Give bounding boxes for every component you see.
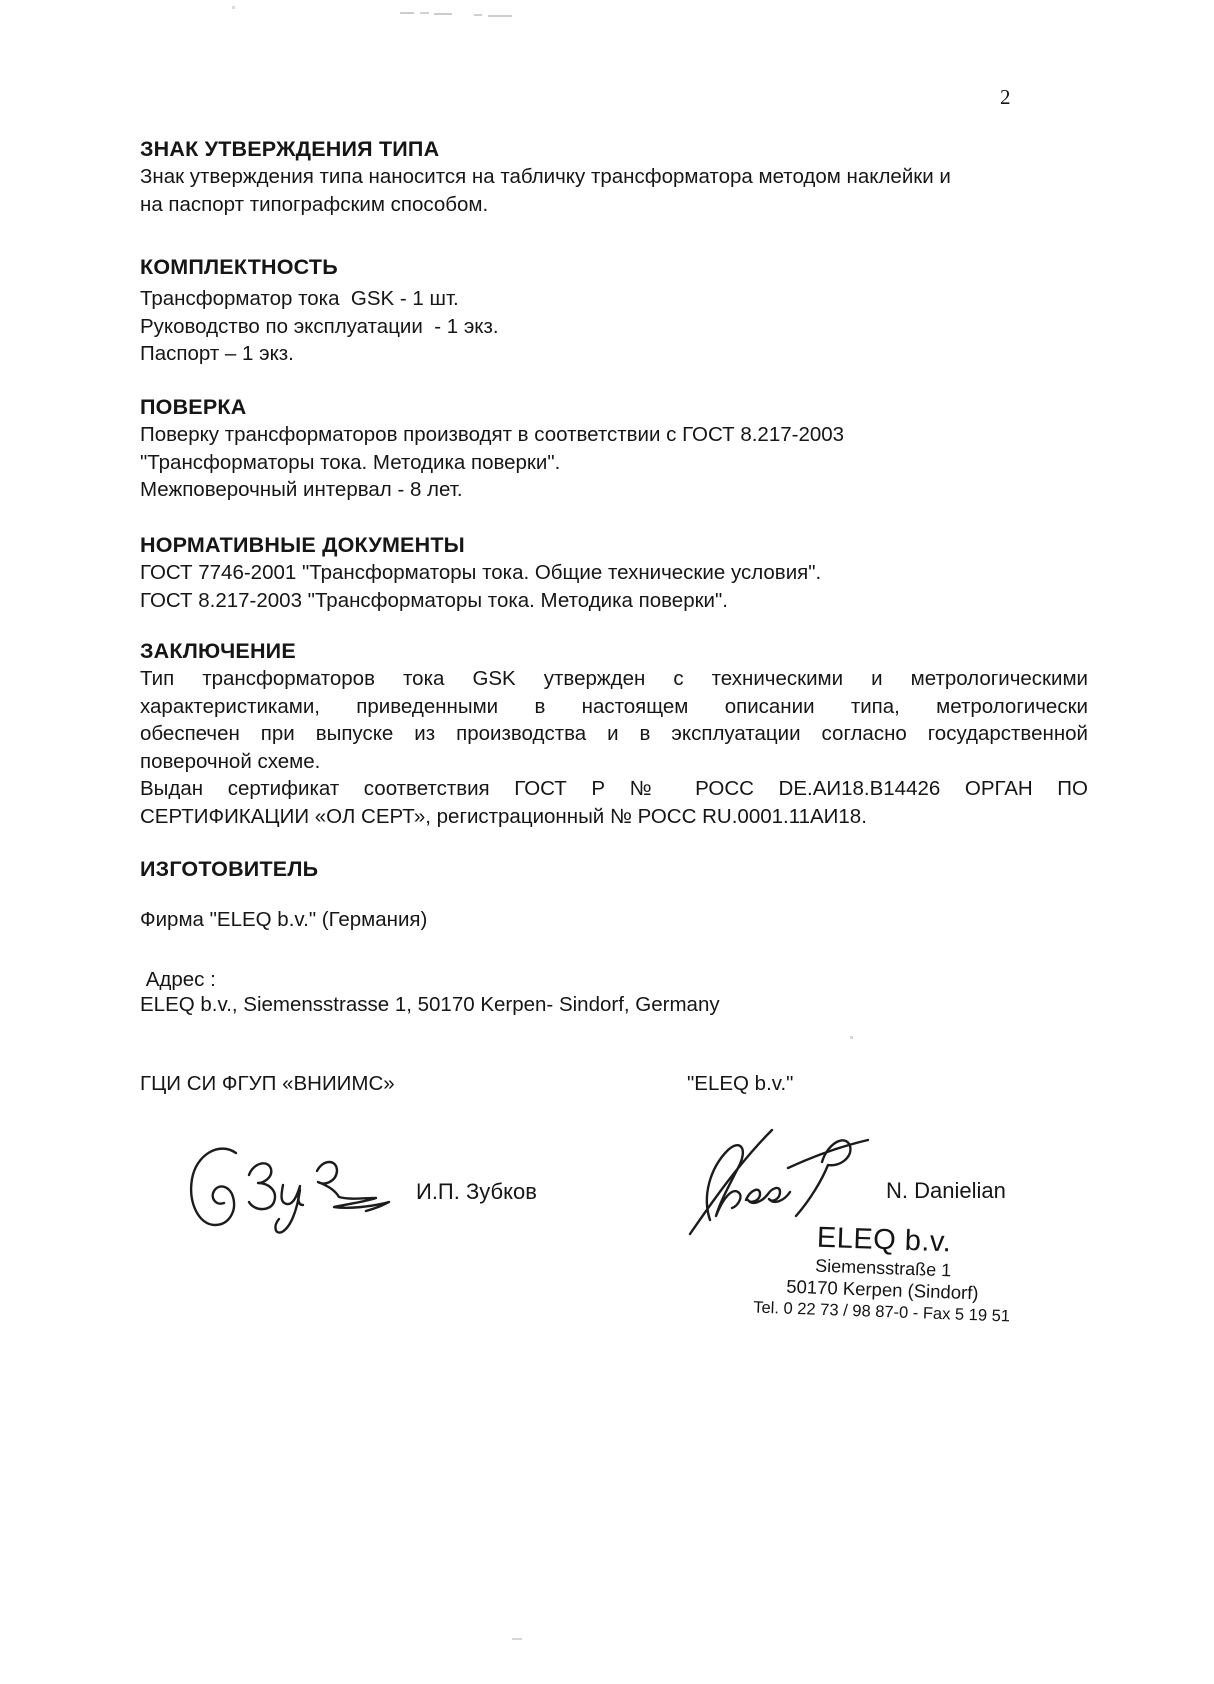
body-line: на паспорт типографским способом. (140, 191, 1088, 219)
scan-artifact (474, 14, 482, 16)
body-line: Выдан сертификат соответствия ГОСТ Р № Р… (140, 775, 1088, 803)
section-heading: ЗАКЛЮЧЕНИЕ (140, 637, 1088, 665)
signature-org-right: "ELEQ b.v." (687, 1071, 793, 1097)
body-line: СЕРТИФИКАЦИИ «ОЛ СЕРТ», регистрационный … (140, 803, 1088, 831)
section-heading: ПОВЕРКА (140, 393, 1088, 421)
body-line: Межповерочный интервал - 8 лет. (140, 476, 1088, 504)
document-page: 2 ЗНАК УТВЕРЖДЕНИЯ ТИПА Знак утверждения… (0, 0, 1214, 1684)
manufacturer-address: ELEQ b.v., Siemensstrasse 1, 50170 Kerpe… (140, 991, 1088, 1019)
scan-artifact (420, 12, 429, 14)
scan-artifact (488, 15, 512, 17)
section-heading: ИЗГОТОВИТЕЛЬ (140, 855, 1088, 883)
scan-artifact (850, 1036, 853, 1039)
section-type-approval-mark: ЗНАК УТВЕРЖДЕНИЯ ТИПА Знак утверждения т… (140, 135, 1088, 218)
body-line: характеристиками, приведенными в настоящ… (140, 693, 1088, 721)
section-heading: КОМПЛЕКТНОСТЬ (140, 253, 1088, 281)
page-number: 2 (1000, 85, 1011, 110)
scan-artifact (400, 12, 414, 14)
section-normative-documents: НОРМАТИВНЫЕ ДОКУМЕНТЫ ГОСТ 7746-2001 "Тр… (140, 531, 1088, 614)
scan-artifact (232, 6, 235, 9)
body-line: Поверку трансформаторов производят в соо… (140, 421, 1088, 449)
body-line: Тип трансформаторов тока GSK утвержден с… (140, 665, 1088, 693)
section-completeness: КОМПЛЕКТНОСТЬ Трансформатор тока GSK - 1… (140, 253, 1088, 368)
signature-org-left: ГЦИ СИ ФГУП «ВНИИМС» (140, 1071, 395, 1097)
section-heading: ЗНАК УТВЕРЖДЕНИЯ ТИПА (140, 135, 1088, 163)
company-stamp: ELEQ b.v. Siemensstraße 1 50170 Kerpen (… (686, 1217, 1079, 1330)
scan-artifact (512, 1638, 522, 1640)
body-line: обеспечен при выпуске из производства и … (140, 720, 1088, 748)
body-line: Руководство по эксплуатации - 1 экз. (140, 313, 1088, 341)
body-line: Знак утверждения типа наносится на табли… (140, 163, 1088, 191)
body-line: Трансформатор тока GSK - 1 шт. (140, 285, 1088, 313)
body-line: "Трансформаторы тока. Методика поверки". (140, 449, 1088, 477)
body-line: ГОСТ 7746-2001 "Трансформаторы тока. Общ… (140, 559, 1088, 587)
section-manufacturer: ИЗГОТОВИТЕЛЬ (140, 855, 1088, 883)
body-line: ГОСТ 8.217-2003 "Трансформаторы тока. Ме… (140, 587, 1088, 615)
section-conclusion: ЗАКЛЮЧЕНИЕ Тип трансформаторов тока GSK … (140, 637, 1088, 830)
section-heading: НОРМАТИВНЫЕ ДОКУМЕНТЫ (140, 531, 1088, 559)
section-verification: ПОВЕРКА Поверку трансформаторов производ… (140, 393, 1088, 504)
manufacturer-firm: Фирма "ELEQ b.v." (Германия) (140, 906, 1088, 934)
body-line: Паспорт – 1 экз. (140, 340, 1088, 368)
signature-name-left: И.П. Зубков (416, 1179, 537, 1205)
signature-name-right: N. Danielian (886, 1178, 1006, 1204)
scan-artifact (434, 13, 452, 15)
body-line: поверочной схеме. (140, 748, 1088, 776)
manufacturer-address-label: Адрес : (140, 966, 1088, 994)
zubkov-signature (183, 1141, 401, 1235)
